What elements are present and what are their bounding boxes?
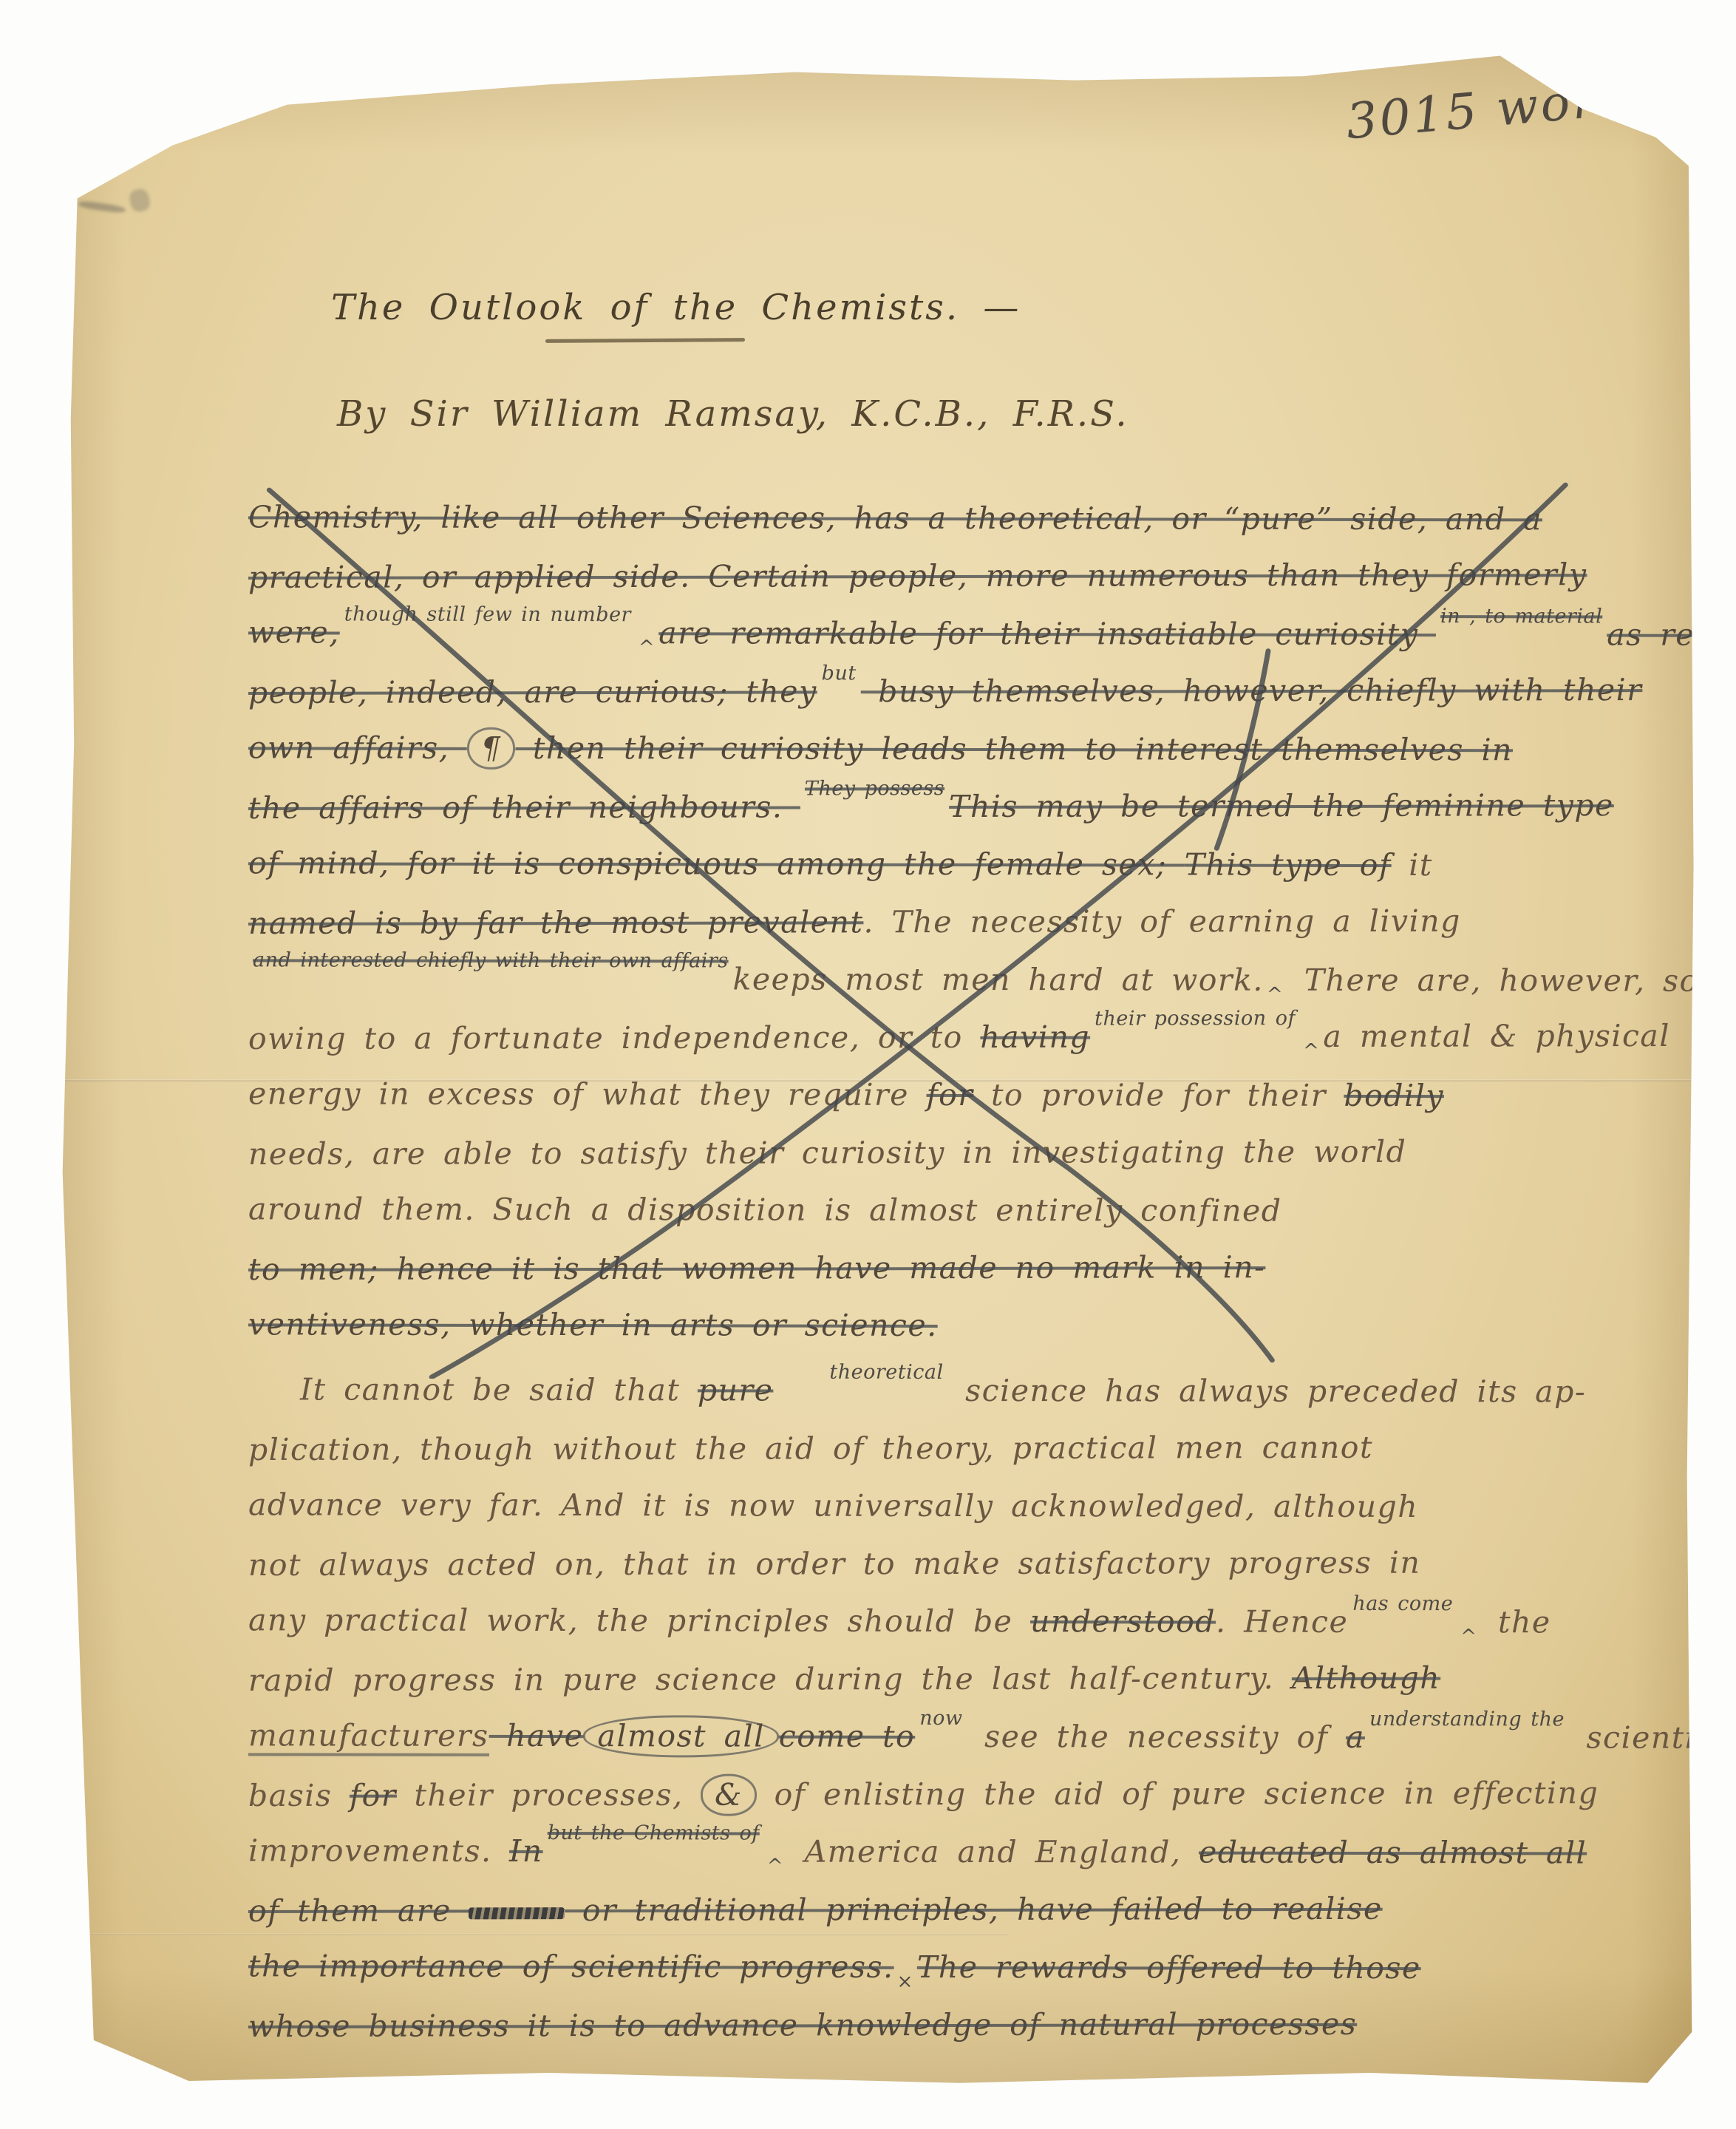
- manuscript-segment: whose business it is to advance knowledg…: [248, 2006, 1357, 2044]
- manuscript-segment: of them are: [248, 1892, 469, 1929]
- manuscript-segment: come to: [779, 1719, 916, 1754]
- manuscript-segment: not always acted on, that in order to ma…: [248, 1545, 1421, 1583]
- manuscript-segment: ventiveness, whether in arts or science.: [248, 1306, 938, 1343]
- manuscript-segment: their processes,: [397, 1777, 701, 1813]
- manuscript-segment: keeps most men hard at work.: [733, 961, 1264, 997]
- manuscript-segment: for: [926, 1077, 973, 1113]
- manuscript-line: practical, or applied side. Certain peop…: [248, 546, 1675, 606]
- manuscript-segment: In: [509, 1833, 543, 1869]
- manuscript-segment: people, indeed, are curious;: [248, 674, 746, 710]
- manuscript-line: ventiveness, whether in arts or science.: [248, 1295, 1675, 1355]
- manuscript-segment: the affairs of their neighbours.: [248, 789, 800, 826]
- manuscript-line: any practical work, the principles shoul…: [248, 1591, 1675, 1651]
- manuscript-line: not always acted on, that in order to ma…: [248, 1533, 1675, 1594]
- manuscript-segment: almost all: [583, 1715, 778, 1758]
- manuscript-line: were,though still few in number^are rema…: [248, 603, 1675, 663]
- paragraph-p2: It cannot be said that puretheoretical s…: [248, 1362, 1675, 2054]
- interlinear-insertion: has come: [1352, 1594, 1453, 1614]
- interlinear-insertion: their possession of: [1095, 1008, 1296, 1029]
- manuscript-segment: busy themselves, however, chiefly with t…: [861, 672, 1643, 709]
- interlinear-insertion: and interested chiefly with their own af…: [253, 950, 729, 971]
- interlinear-insertion: They possess: [805, 778, 944, 798]
- manuscript-line: and interested chiefly with their own af…: [248, 949, 1675, 1009]
- interlinear-insertion: theoretical: [777, 1362, 943, 1382]
- scan-backdrop: 3015 words The Outlook of the Chemists. …: [0, 0, 1736, 2129]
- manuscript-line: plication, though without the aid of the…: [248, 1418, 1675, 1478]
- manuscript-segment: are remarkable for their insatiable curi…: [658, 615, 1436, 652]
- manuscript-segment: This type of: [1185, 847, 1392, 883]
- manuscript-segment: a: [1346, 1719, 1365, 1755]
- interlinear-insertion: now: [919, 1708, 962, 1728]
- manuscript-segment: There are, however, some who,: [1287, 962, 1736, 999]
- manuscript-line: Chemistry, like all other Sciences, has …: [248, 488, 1675, 548]
- manuscript-segment: owing to a fortunate independence, or to: [248, 1019, 980, 1056]
- manuscript-segment: educated as almost all: [1199, 1835, 1587, 1871]
- title-underline: [545, 338, 745, 343]
- manuscript-line: of them are or traditional principles, h…: [248, 1879, 1675, 1940]
- manuscript-segment: Although: [1292, 1660, 1440, 1696]
- manuscript-segment: named is by far the most prevalent: [248, 904, 864, 941]
- manuscript-segment: they: [746, 673, 817, 709]
- manuscript-line: people, indeed, are curious; theybut bus…: [248, 661, 1675, 721]
- manuscript-line: improvements. Inbut the Chemists of^ Ame…: [248, 1821, 1675, 1881]
- manuscript-segment: a mental & physical: [1323, 1018, 1670, 1054]
- manuscript-segment: energy in excess of what they require: [248, 1076, 927, 1113]
- manuscript-segment: of enlisting the aid of pure science in …: [757, 1775, 1599, 1812]
- manuscript-body: Chemistry, like all other Sciences, has …: [248, 489, 1675, 2054]
- manuscript-segment: understood: [1030, 1603, 1216, 1639]
- manuscript-segment: of mind, for it is conspicuous among the…: [248, 845, 1185, 882]
- manuscript-line: rapid progress in pure science during th…: [248, 1648, 1675, 1709]
- manuscript-line: around them. Such a disposition is almos…: [248, 1180, 1675, 1240]
- manuscript-segment: were,: [248, 614, 340, 650]
- manuscript-segment: manufacturers: [248, 1717, 489, 1756]
- manuscript-segment: America and England,: [787, 1834, 1199, 1870]
- manuscript-segment: . Hence: [1216, 1604, 1348, 1640]
- manuscript-segment: around them. Such a disposition is almos…: [248, 1191, 1282, 1228]
- manuscript-segment: This may be termed the feminine type: [949, 787, 1614, 824]
- interlinear-insertion: though still few in number: [344, 605, 631, 625]
- manuscript-segment: The rewards offered to those: [917, 1949, 1421, 1986]
- manuscript-segment: or traditional principles, have failed t…: [565, 1891, 1382, 1928]
- manuscript-segment: the importance of scientific progress.: [248, 1948, 894, 1985]
- manuscript-line: energy in excess of what they require fo…: [248, 1064, 1675, 1124]
- manuscript-segment: &: [701, 1774, 757, 1816]
- interlinear-insertion: but: [822, 663, 857, 683]
- manuscript-line: own affairs, ¶ then their curiosity lead…: [248, 719, 1675, 778]
- manuscript-line: basis for their processes, & of enlistin…: [248, 1764, 1675, 1824]
- manuscript-segment: Chemistry, like all other Sciences, has …: [248, 499, 1542, 537]
- manuscript-segment: improvements.: [248, 1833, 509, 1869]
- manuscript-segment: to men; hence it is that women have made…: [248, 1249, 1266, 1287]
- interlinear-insertion: in , to material: [1440, 606, 1602, 626]
- manuscript-line: the affairs of their neighbours. They po…: [248, 776, 1675, 837]
- author-byline: By Sir William Ramsay, K.C.B., F.R.S.: [337, 393, 1129, 435]
- manuscript-segment: the: [1480, 1604, 1551, 1640]
- manuscript-segment: see the necessity of: [967, 1719, 1346, 1755]
- manuscript-line: owing to a fortunate independence, or to…: [248, 1007, 1675, 1067]
- pencil-smudge: [128, 187, 152, 214]
- manuscript-segment: own affairs,: [248, 730, 467, 766]
- manuscript-segment: for: [350, 1778, 397, 1813]
- manuscript-segment: basis: [248, 1778, 350, 1813]
- manuscript-line: the importance of scientific progress. ×…: [248, 1937, 1675, 1997]
- manuscript-page: 3015 words The Outlook of the Chemists. …: [58, 52, 1697, 2089]
- manuscript-segment: needs, are able to satisfy their curiosi…: [248, 1134, 1406, 1172]
- manuscript-segment: have: [489, 1718, 584, 1753]
- manuscript-line: advance very far. And it is now universa…: [248, 1476, 1675, 1535]
- manuscript-line: It cannot be said that puretheoretical s…: [248, 1360, 1675, 1420]
- manuscript-segment: rapid progress in pure science during th…: [248, 1660, 1292, 1698]
- pencil-smudge: [78, 200, 126, 214]
- interlinear-insertion: but the Chemists of: [548, 1823, 760, 1844]
- manuscript-line: of mind, for it is conspicuous among the…: [248, 834, 1675, 894]
- obliterated-word: [469, 1907, 565, 1919]
- manuscript-segment: advance very far. And it is now universa…: [248, 1487, 1418, 1524]
- manuscript-line: whose business it is to advance knowledg…: [248, 1994, 1675, 2055]
- manuscript-line: needs, are able to satisfy their curiosi…: [248, 1122, 1675, 1183]
- manuscript-segment: ¶: [467, 727, 516, 770]
- manuscript-segment: plication, though without the aid of the…: [248, 1430, 1373, 1467]
- manuscript-segment: to provide for their: [973, 1077, 1344, 1113]
- manuscript-segment: bodily: [1344, 1078, 1444, 1113]
- document-title: The Outlook of the Chemists. —: [331, 287, 1021, 328]
- interlinear-insertion: understanding the: [1369, 1709, 1565, 1729]
- manuscript-segment: any practical work, the principles shoul…: [248, 1602, 1030, 1639]
- paragraph-p1: Chemistry, like all other Sciences, has …: [248, 489, 1675, 1354]
- manuscript-segment: science has always preceded its ap-: [948, 1373, 1587, 1410]
- manuscript-segment: It cannot be said that: [300, 1371, 698, 1408]
- manuscript-segment: then their curiosity leads them to inter…: [515, 730, 1513, 767]
- manuscript-line: manufacturers have almost all come tonow…: [248, 1706, 1675, 1766]
- manuscript-segment: pure: [698, 1372, 774, 1408]
- manuscript-segment: as regards things.: [1607, 617, 1736, 653]
- manuscript-segment: having: [980, 1019, 1090, 1055]
- manuscript-segment: scientific: [1569, 1719, 1736, 1755]
- manuscript-segment: it: [1392, 847, 1433, 883]
- manuscript-segment: practical, or applied side. Certain peop…: [248, 557, 1587, 595]
- title-block: The Outlook of the Chemists. —: [331, 287, 1021, 342]
- manuscript-segment: . The necessity of earning a living: [863, 903, 1461, 940]
- manuscript-line: to men; hence it is that women have made…: [248, 1237, 1675, 1298]
- manuscript-line: named is by far the most prevalent. The …: [248, 892, 1675, 952]
- word-count-annotation: 3015 words: [1344, 67, 1661, 151]
